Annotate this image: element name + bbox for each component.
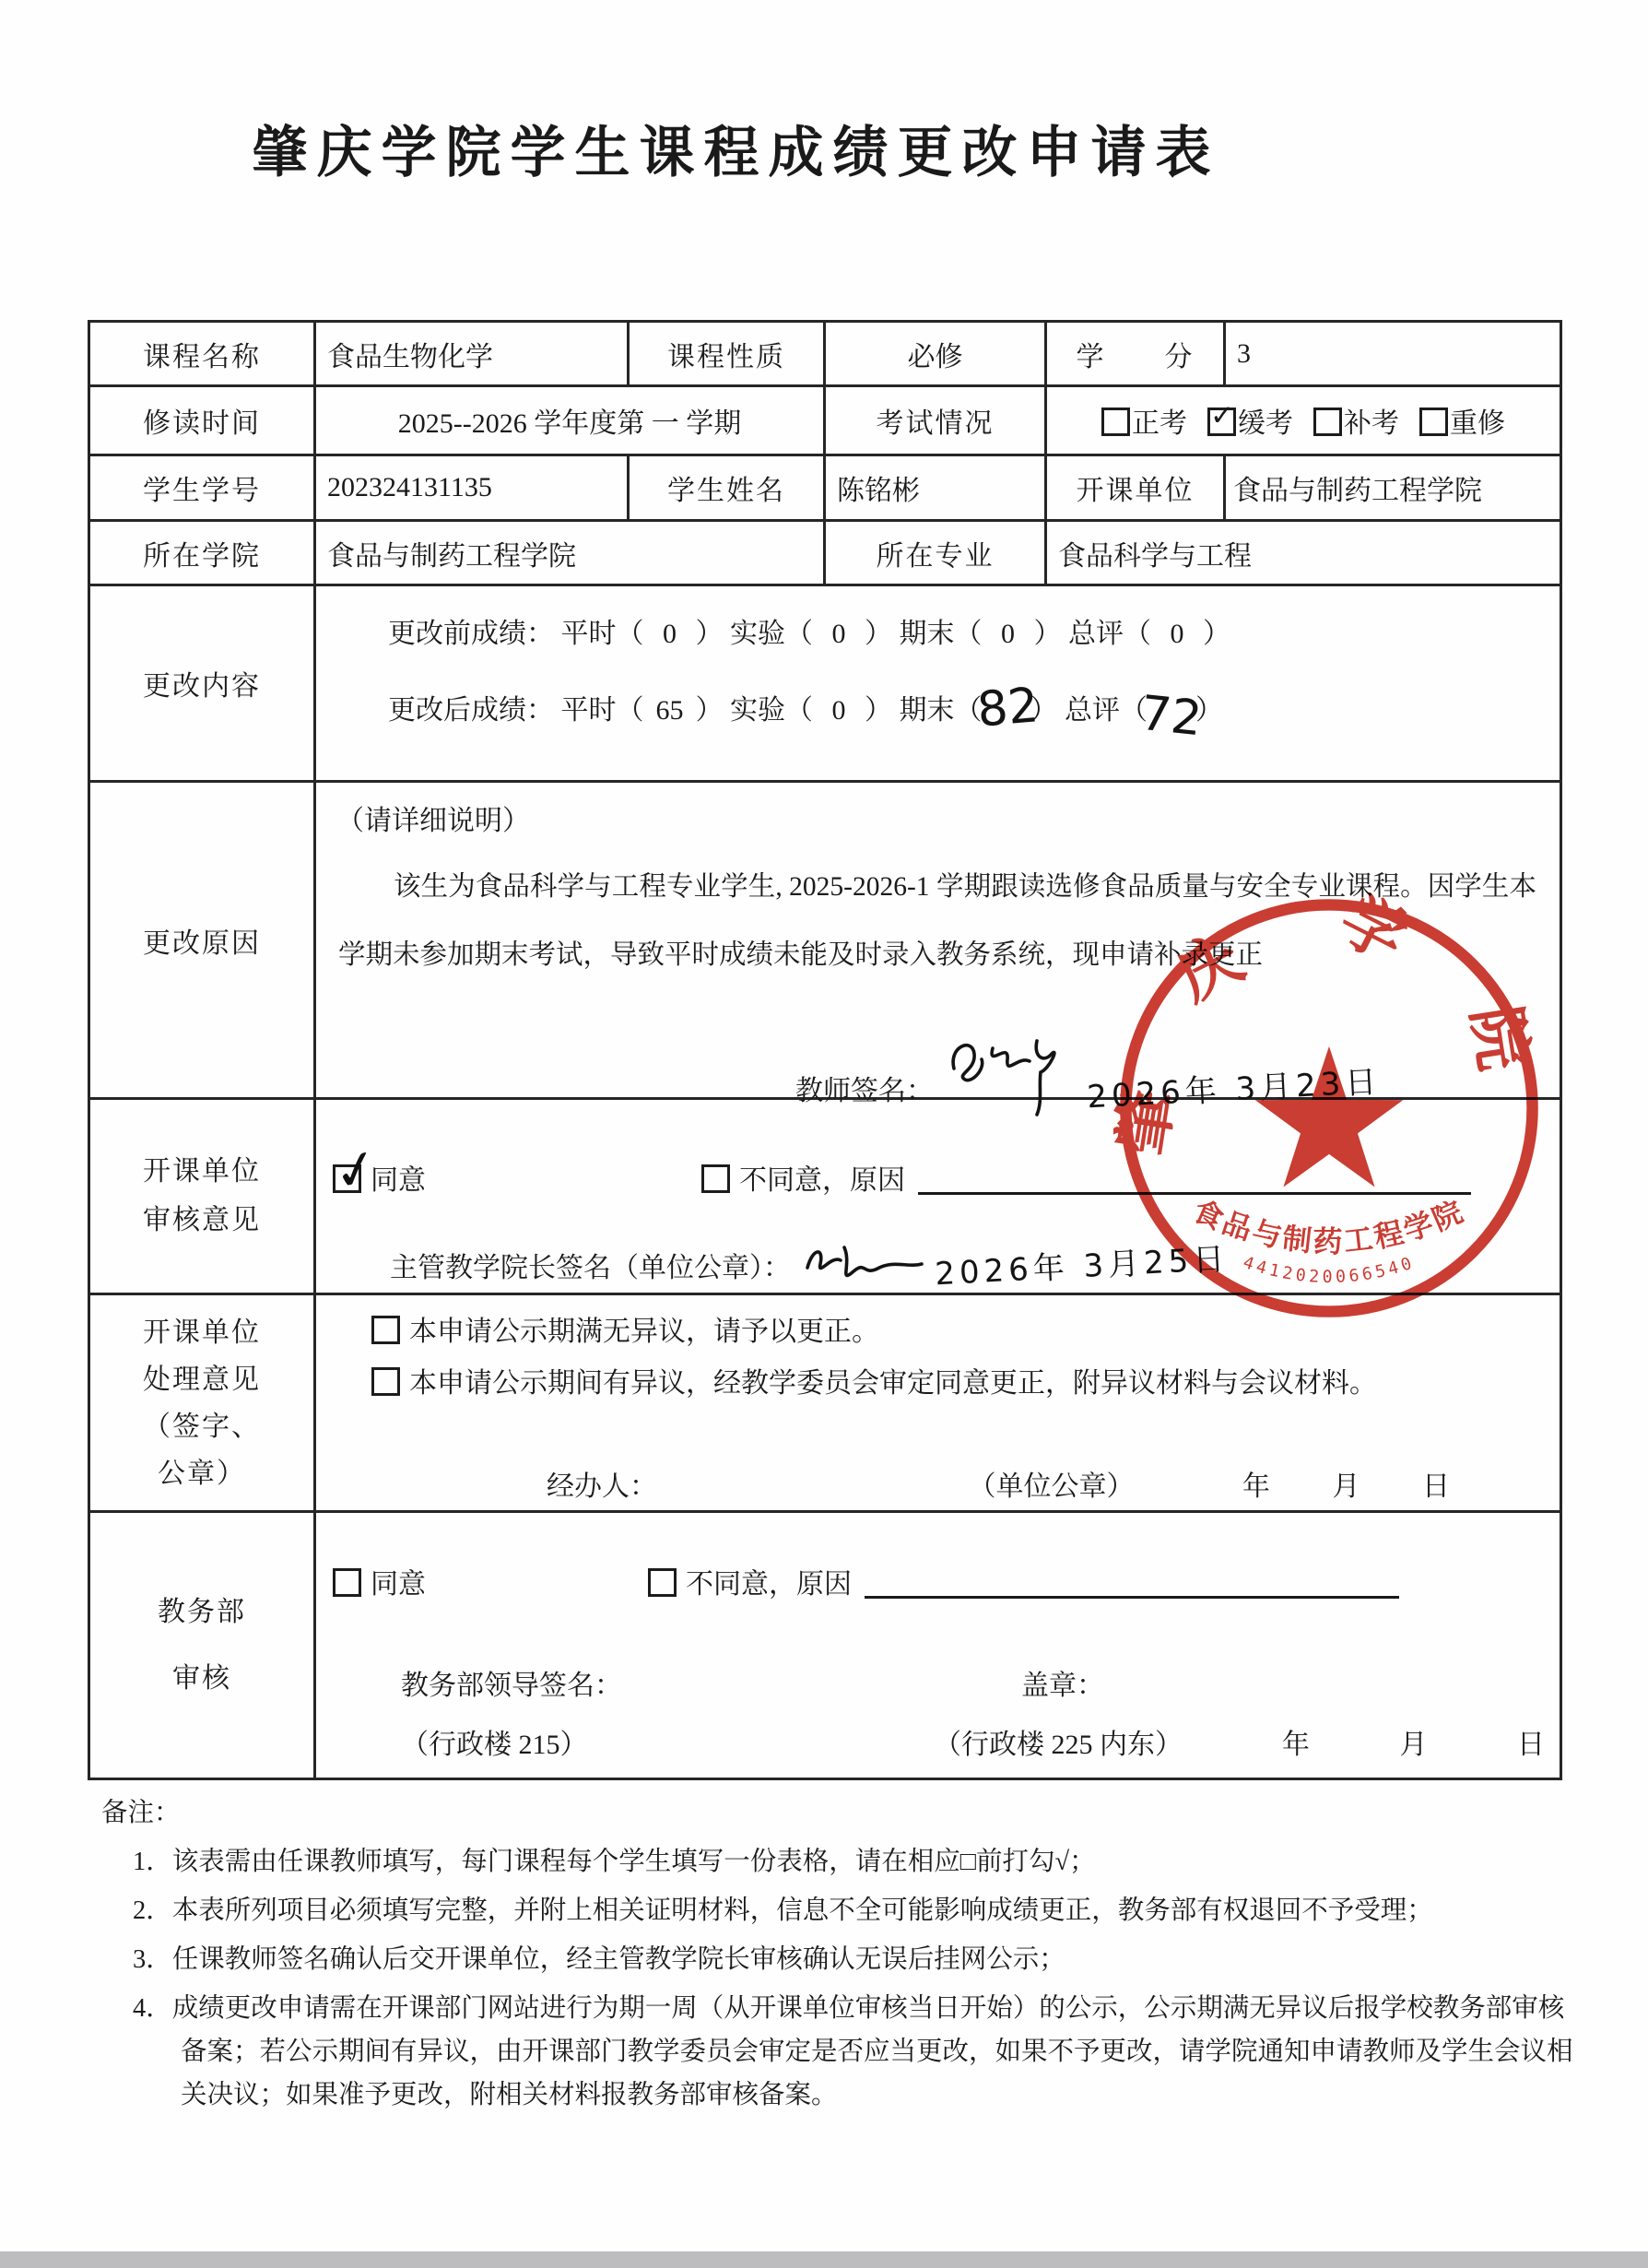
reason-hint: （请详细说明） (336, 797, 530, 838)
check-icon: ✓ (1210, 402, 1234, 431)
score-value: 0 (644, 619, 696, 650)
score-value: 0 (983, 619, 1034, 650)
dept-date-line: 年 月 日 (1282, 1721, 1545, 1762)
checkbox-dept-disagree: ✓ (648, 1568, 677, 1597)
exam-option-deferred: ✓缓考 (1207, 400, 1293, 441)
change-reason-label: 更改原因 (89, 782, 315, 1099)
notes-label: 备注： (101, 1791, 1576, 1835)
dean-sign-row: 主管教学院长签名（单位公章）：2026年 3月25日 (390, 1236, 1229, 1293)
score-value: 65 (644, 695, 696, 726)
dept-disagree-option: ✓不同意，原因 (648, 1561, 1399, 1601)
unit-seal-label: （单位公章） (969, 1471, 1135, 1502)
dept-agree-option: ✓同意 (333, 1561, 426, 1601)
credit-value: 3 (1225, 322, 1561, 386)
checkbox-normal-exam: ✓ (1101, 408, 1130, 436)
stamp-code: 4412020066540 (1241, 1253, 1418, 1287)
course-name-value: 食品生物化学 (315, 322, 629, 386)
exam-status-label: 考试情况 (825, 386, 1046, 455)
scores-before-lead: 更改前成绩： (388, 619, 554, 649)
score-seg: 期末（0） (900, 619, 1062, 649)
note-item-1: 1．该表需由任课教师填写，每门课程每个学生填写一份表格，请在相应□前打勾√； (101, 1840, 1576, 1884)
row-unit-decision: 开课单位 处理意见 （签字、 公章） ✓本申请公示期满无异议，请予以更正。 ✓本… (89, 1294, 1561, 1512)
checkbox-retake: ✓ (1419, 408, 1448, 436)
agent-line: 经办人： （单位公章） 年 月 日 (547, 1463, 1450, 1504)
student-id-value: 202324131135 (315, 455, 629, 521)
row-term: 修读时间 2025--2026 学年度第 一 学期 考试情况 ✓正考 ✓缓考 ✓… (89, 386, 1561, 455)
dept-review-label: 教务部 审核 (89, 1512, 315, 1779)
star-icon (1255, 1046, 1404, 1187)
score-value: 0 (813, 695, 865, 726)
term-label: 修读时间 (89, 386, 315, 455)
unit-review-label: 开课单位 审核意见 (89, 1099, 315, 1294)
row-college: 所在学院 食品与制药工程学院 所在专业 食品科学与工程 (89, 521, 1561, 585)
scores-before-line: 更改前成绩： 平时（0） 实验（0） 期末（0） 总评（0） (388, 610, 1230, 651)
handwritten-final-score: 82 (974, 678, 1038, 738)
dean-sign-label: 主管教学院长签名（单位公章）： (390, 1253, 791, 1283)
exam-option-label: 重修 (1450, 408, 1505, 439)
unit-decision-cell: ✓本申请公示期满无异议，请予以更正。 ✓本申请公示期间有异议，经教学委员会审定同… (315, 1294, 1561, 1512)
note-item-4: 4．成绩更改申请需在开课部门网站进行为期一周（从开课单位审核当日开始）的公示，公… (101, 1987, 1576, 2117)
offering-unit-value: 食品与制药工程学院 (1225, 455, 1561, 521)
scan-edge-strip (0, 2251, 1648, 2268)
decision-option-2: ✓本申请公示期间有异议，经教学委员会审定同意更正，附异议材料与会议材料。 (324, 1358, 1549, 1410)
score-value: 0 (813, 619, 865, 650)
row-course: 课程名称 食品生物化学 课程性质 必修 学 分 3 (89, 322, 1561, 386)
checkbox-dept-agree: ✓ (333, 1568, 361, 1597)
score-seg: 平时（65） (561, 695, 724, 726)
scores-after-lead: 更改后成绩： (388, 695, 554, 726)
decision-option-1: ✓本申请公示期满无异议，请予以更正。 (371, 1308, 879, 1349)
scanned-application-form: 肇庆学院学生课程成绩更改申请表 课程名称 食品生物化学 课程性质 必修 学 分 … (0, 0, 1648, 2268)
course-type-value: 必修 (825, 322, 1046, 386)
student-name-value: 陈铭彬 (825, 455, 1046, 521)
credit-label: 学 分 (1046, 322, 1225, 386)
checkbox-deferred-exam: ✓ (1207, 408, 1236, 436)
footer-notes: 备注： 1．该表需由任课教师填写，每门课程每个学生填写一份表格，请在相应□前打勾… (101, 1791, 1576, 2117)
offering-unit-label: 开课单位 (1046, 455, 1225, 521)
dept-seal-label: 盖章： (1021, 1662, 1104, 1703)
page-title: 肇庆学院学生课程成绩更改申请表 (0, 109, 1472, 188)
stamp-bottom-text: 食品与制药工程学院 (1188, 1195, 1469, 1258)
row-student: 学生学号 202324131135 学生姓名 陈铭彬 开课单位 食品与制药工程学… (89, 455, 1561, 521)
exam-option-makeup: ✓补考 (1313, 400, 1399, 441)
exam-option-label: 正考 (1132, 408, 1187, 439)
change-content-label: 更改内容 (89, 585, 315, 782)
student-id-label: 学生学号 (89, 455, 315, 521)
exam-option-retake: ✓重修 (1419, 400, 1505, 441)
note-item-3: 3．任课教师签名确认后交开课单位，经主管教学院长审核确认无误后挂网公示； (101, 1938, 1576, 1981)
note-item-2: 2．本表所列项目必须填写完整，并附上相关证明材料，信息不全可能影响成绩更正，教务… (101, 1889, 1576, 1932)
score-value: 0 (1151, 619, 1203, 650)
checkbox-objection: ✓ (371, 1367, 400, 1396)
exam-option-label: 缓考 (1238, 408, 1293, 439)
unit-decision-label: 开课单位 处理意见 （签字、 公章） (89, 1294, 315, 1512)
major-value: 食品科学与工程 (1046, 521, 1561, 585)
row-change-content: 更改内容 更改前成绩： 平时（0） 实验（0） 期末（0） 总评（0） 更改后成… (89, 585, 1561, 782)
score-seg: 实验（0） (730, 695, 892, 726)
official-seal-stamp: 肇庆学院 食品与制药工程学院 4412020066540 (1113, 892, 1545, 1324)
checkbox-unit-disagree: ✓ (701, 1164, 730, 1193)
college-label: 所在学院 (89, 521, 315, 585)
scores-after-line: 更改后成绩： 平时（65） 实验（0） 期末（82） 总评（72） (388, 676, 1223, 731)
course-type-label: 课程性质 (629, 322, 825, 386)
score-seg: 平时（0） (561, 619, 724, 649)
term-value: 2025--2026 学年度第 一 学期 (315, 386, 825, 455)
exam-option-label: 补考 (1344, 408, 1399, 439)
checkbox-unit-agree: ✓ (333, 1164, 361, 1193)
handwritten-check-icon: ✓ (329, 1140, 384, 1201)
score-seg: 总评（72） (1065, 695, 1223, 726)
major-label: 所在专业 (825, 521, 1046, 585)
exam-option-normal: ✓正考 (1101, 400, 1187, 441)
checkbox-makeup-exam: ✓ (1313, 408, 1342, 436)
dean-signature (798, 1236, 927, 1293)
leader-sign-label: 教务部领导签名： (401, 1662, 622, 1703)
dept-reason-blank-line (865, 1566, 1399, 1599)
score-seg: 期末（82） (900, 695, 1058, 726)
room-left: （行政楼 215） (401, 1721, 588, 1762)
college-value: 食品与制药工程学院 (315, 521, 825, 585)
score-seg: 实验（0） (730, 619, 892, 649)
row-dept-review: 教务部 审核 ✓同意 ✓不同意，原因 教务部领导签名： 盖章： （行政楼 215… (89, 1512, 1561, 1779)
change-content-cell: 更改前成绩： 平时（0） 实验（0） 期末（0） 总评（0） 更改后成绩： 平时… (315, 585, 1561, 782)
score-seg: 总评（0） (1068, 619, 1230, 649)
room-right: （行政楼 225 内东） (934, 1721, 1183, 1762)
agent-label: 经办人： (547, 1471, 657, 1502)
student-name-label: 学生姓名 (629, 455, 825, 521)
course-name-label: 课程名称 (89, 322, 315, 386)
exam-status-options: ✓正考 ✓缓考 ✓补考 ✓重修 (1046, 386, 1561, 455)
handwritten-total-score: 72 (1138, 686, 1203, 747)
unit-agree-option: ✓同意 (333, 1157, 426, 1198)
checkbox-no-objection: ✓ (371, 1316, 400, 1344)
dept-review-cell: ✓同意 ✓不同意，原因 教务部领导签名： 盖章： （行政楼 215） （行政楼 … (315, 1512, 1561, 1779)
